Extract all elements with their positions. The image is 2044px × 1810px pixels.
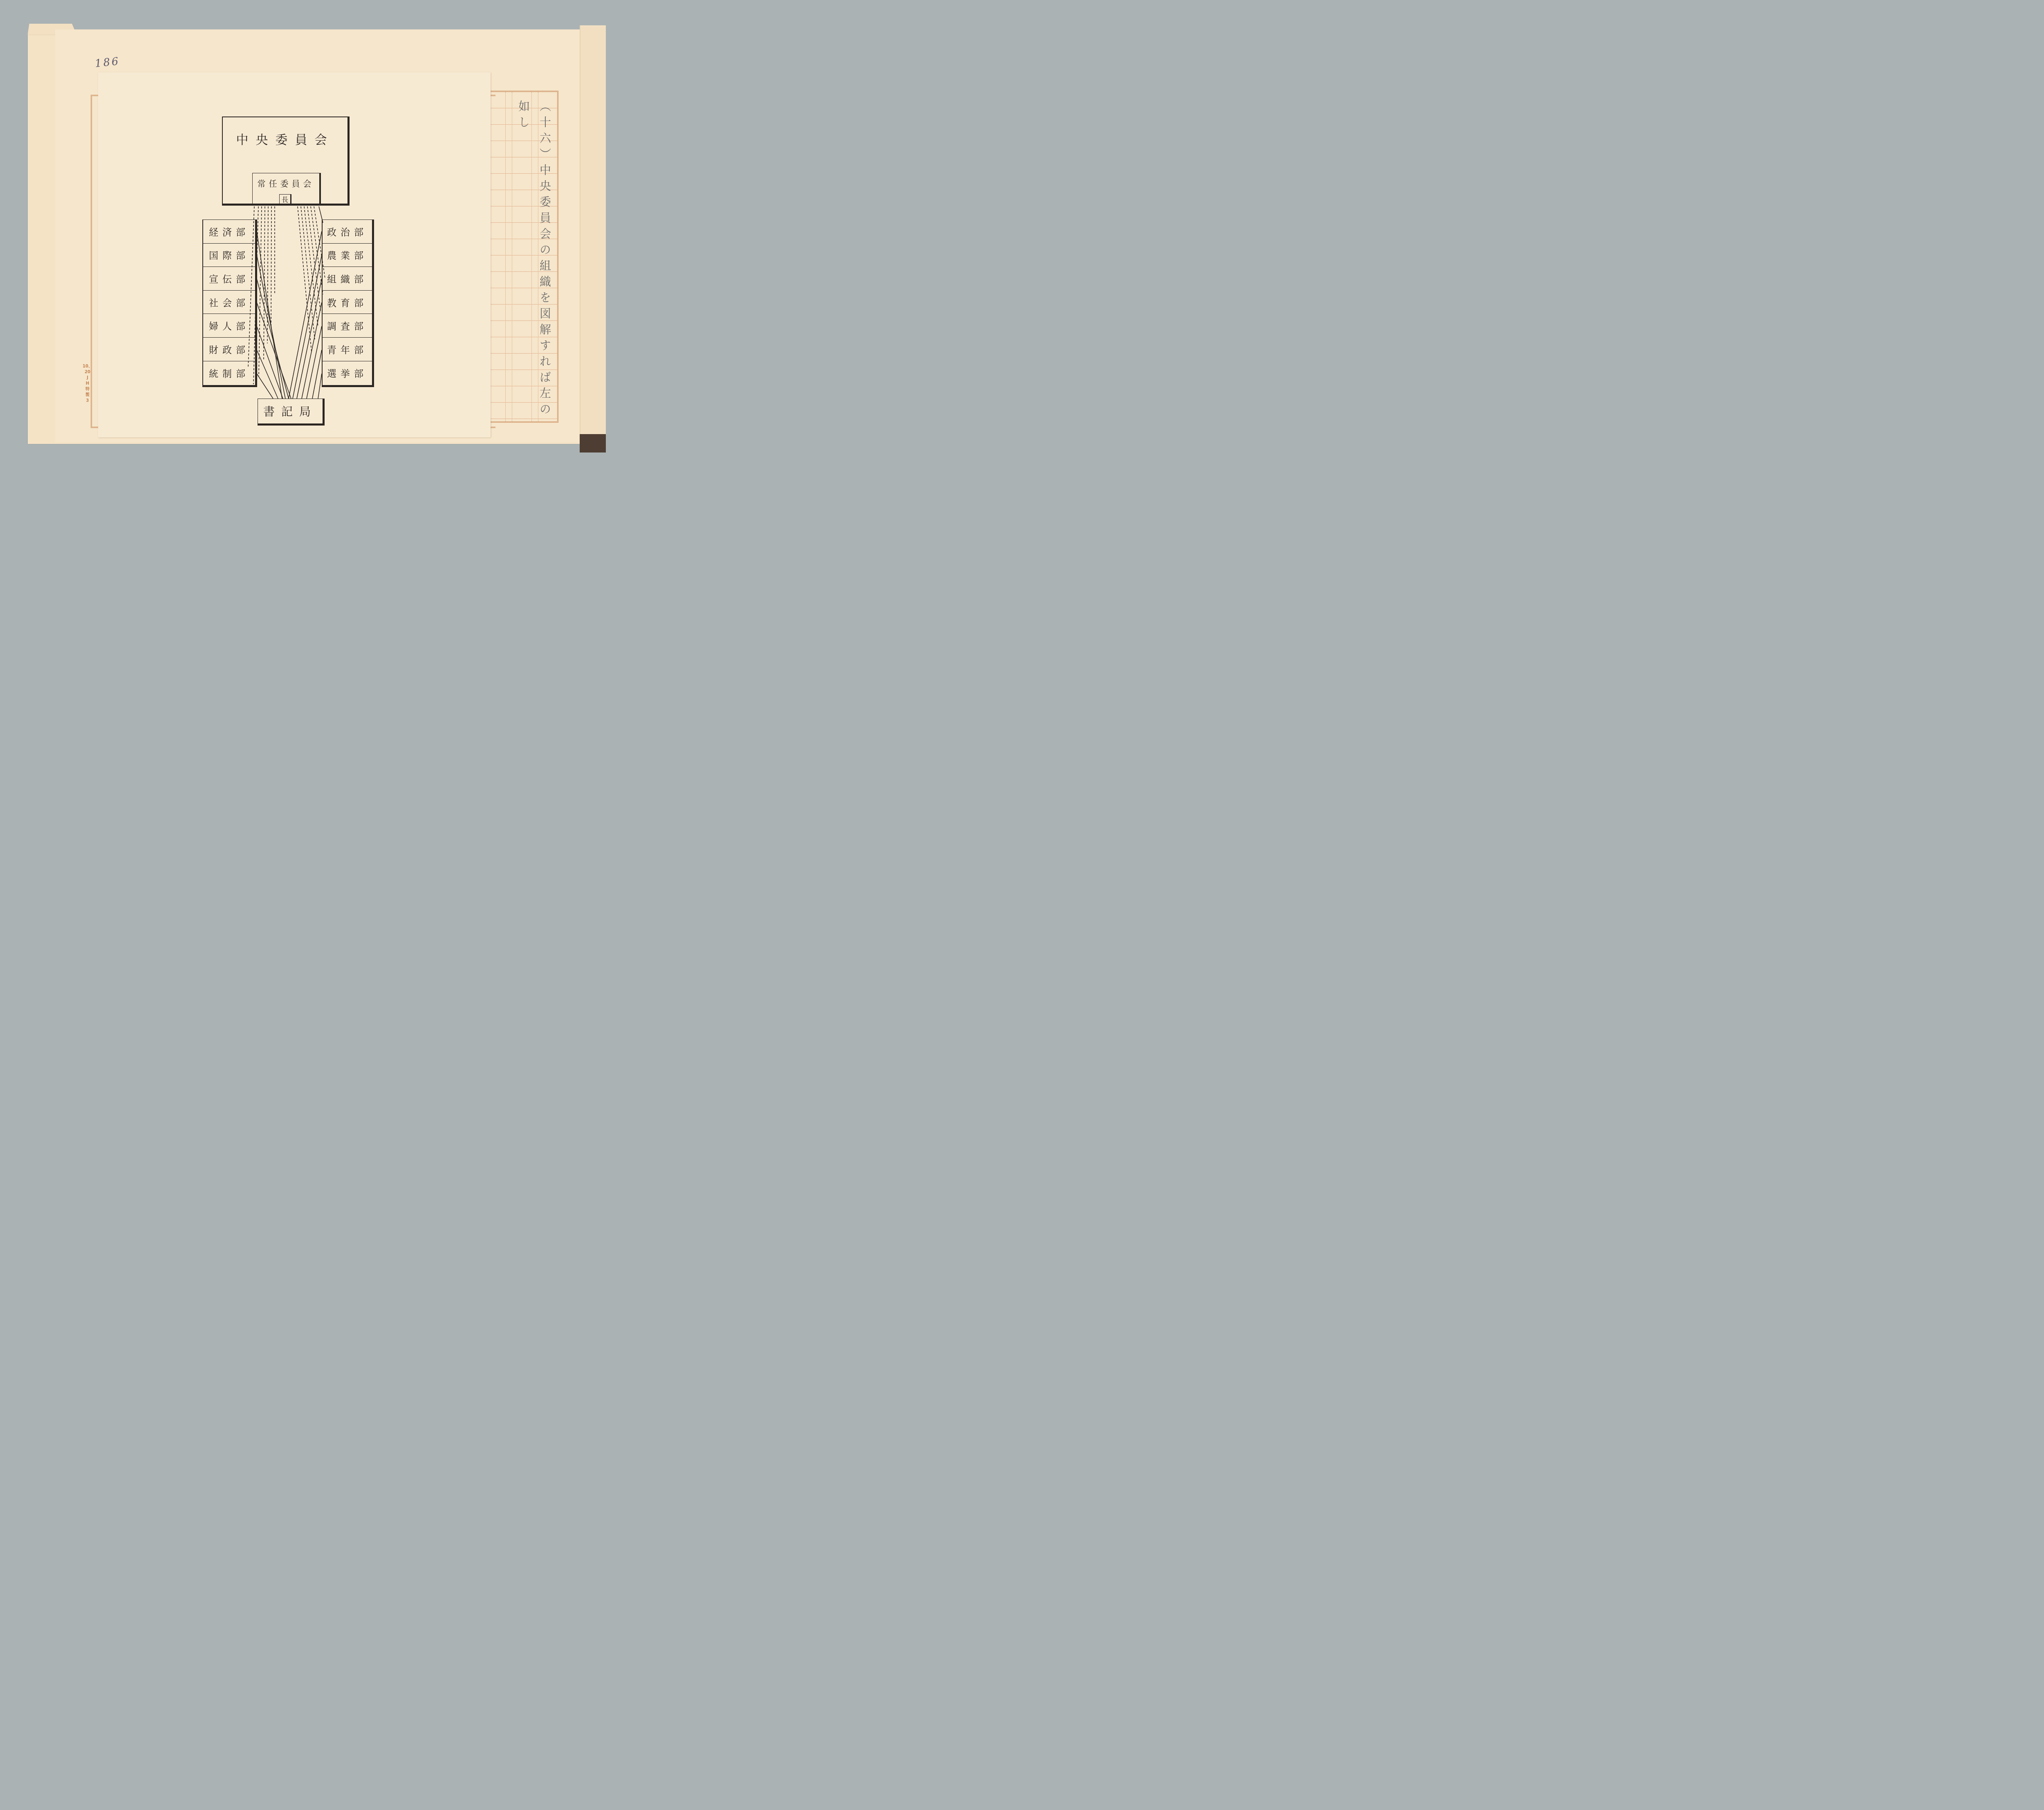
department-agriculture: 農業部 — [323, 244, 372, 267]
department-finance: 財政部 — [203, 338, 255, 361]
left-department-column: 経済部 国際部 宣伝部 社会部 婦人部 財政部 統制部 — [202, 220, 257, 387]
chair-box: 長 — [279, 194, 291, 206]
solid-connectors — [257, 206, 323, 399]
secretariat-box: 書記局 — [258, 399, 325, 426]
department-social: 社会部 — [203, 291, 255, 314]
department-elections: 選挙部 — [323, 361, 372, 385]
standing-committee-label: 常任委員会 — [253, 177, 319, 189]
department-economy: 経済部 — [203, 220, 255, 244]
right-department-column: 政治部 農業部 組織部 教育部 調査部 青年部 選挙部 — [322, 220, 374, 387]
department-youth: 青年部 — [323, 338, 372, 361]
department-education: 教育部 — [323, 291, 372, 314]
department-international: 国際部 — [203, 244, 255, 267]
department-politics: 政治部 — [323, 220, 372, 244]
department-control: 統制部 — [203, 361, 255, 385]
department-propaganda: 宣伝部 — [203, 267, 255, 291]
department-women: 婦人部 — [203, 314, 255, 338]
binding-shadow — [580, 434, 606, 452]
connector-lines — [0, 0, 606, 452]
next-page — [580, 25, 606, 434]
department-research: 調査部 — [323, 314, 372, 338]
central-committee-label: 中央委員会 — [223, 130, 347, 148]
department-organization: 組織部 — [323, 267, 372, 291]
